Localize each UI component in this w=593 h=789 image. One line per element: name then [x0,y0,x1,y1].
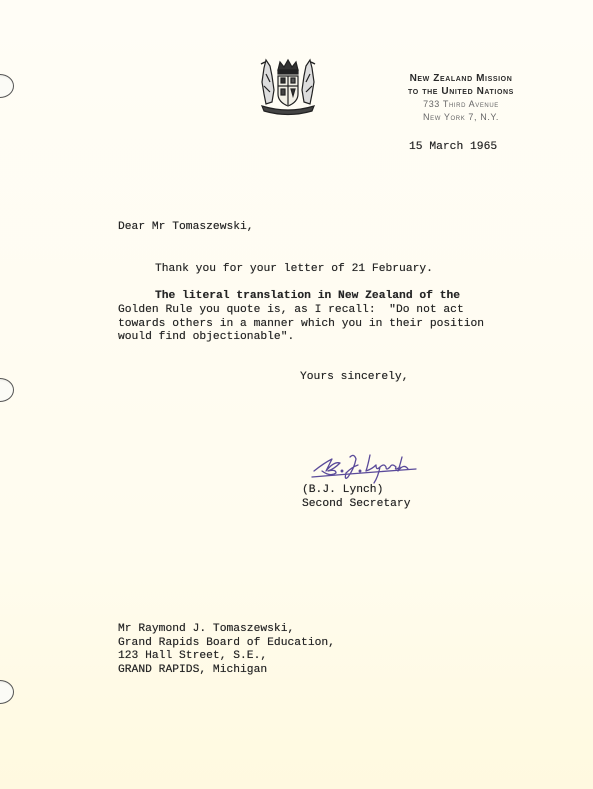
salutation: Dear Mr Tomaszewski, [118,221,254,235]
letter-page: New Zealand Mission to the United Nation… [0,0,593,789]
handwritten-signature [310,447,422,485]
letterhead-street: 733 Third Avenue [386,98,536,111]
recipient-address: Mr Raymond J. Tomaszewski, Grand Rapids … [118,623,335,677]
body-paragraph-2-continued: Golden Rule you quote is, as I recall: "… [118,304,484,345]
coat-of-arms-icon [256,56,320,116]
address-line: Grand Rapids Board of Education, [118,637,335,649]
address-line: 123 Hall Street, S.E., [118,650,267,662]
letterhead-org-name-line2: to the United Nations [386,85,536,98]
address-line: Mr Raymond J. Tomaszewski, [118,623,294,635]
body-paragraph-1: Thank you for your letter of 21 February… [155,263,433,277]
body-paragraph-2-line-1: The literal translation in New Zealand o… [155,290,460,304]
body-line: Golden Rule you quote is, as I recall: "… [118,304,464,316]
letterhead: New Zealand Mission to the United Nation… [386,72,536,124]
address-line: GRAND RAPIDS, Michigan [118,664,267,676]
letterhead-city: New York 7, N.Y. [386,111,536,124]
punch-hole [0,74,14,98]
signatory-title: Second Secretary [302,498,410,512]
punch-hole [0,378,14,402]
body-line: towards others in a manner which you in … [118,318,484,330]
body-line: would find objectionable". [118,331,294,343]
letterhead-org-name: New Zealand Mission [386,72,536,85]
letter-date: 15 March 1965 [409,141,497,155]
closing: Yours sincerely, [300,371,408,385]
signatory-name: (B.J. Lynch) [302,484,383,498]
punch-hole [0,680,14,704]
